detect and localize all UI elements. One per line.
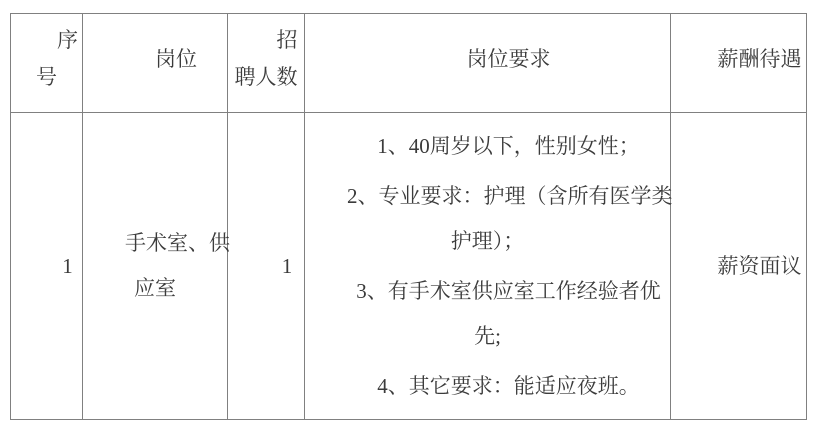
header-cell-salary: 薪酬待遇 <box>671 14 807 113</box>
header-index-line2: 号 <box>11 59 82 96</box>
header-cell-index: 序 号 <box>11 14 83 113</box>
requirement-3-line2: 先; <box>305 314 670 359</box>
recruitment-table: 序 号 岗位 招 聘人数 岗位要求 薪酬待遇 1 手术室、供 应室 <box>10 13 807 420</box>
requirement-item-4: 4、其它要求：能适应夜班。 <box>305 364 670 409</box>
cell-headcount: 1 <box>228 113 305 420</box>
requirement-item-1: 1、40周岁以下，性别女性； <box>305 124 670 169</box>
headcount-value: 1 <box>228 244 304 289</box>
requirement-item-2: 2、专业要求：护理（含所有医学类 护理）； <box>305 174 670 264</box>
cell-position: 手术室、供 应室 <box>83 113 228 420</box>
page: 序 号 岗位 招 聘人数 岗位要求 薪酬待遇 1 手术室、供 应室 <box>0 0 820 429</box>
cell-requirements: 1、40周岁以下，性别女性； 2、专业要求：护理（含所有医学类 护理）； 3、有… <box>305 113 671 420</box>
index-value: 1 <box>11 244 82 289</box>
header-requirements-label: 岗位要求 <box>305 41 670 78</box>
header-position-label: 岗位 <box>83 41 227 78</box>
position-line1: 手术室、供 <box>83 221 227 266</box>
requirement-4-line1: 4、其它要求：能适应夜班。 <box>305 364 670 409</box>
table-row: 1 手术室、供 应室 1 1、40周岁以下，性别女性； 2、专业要求：护理（含所… <box>11 113 807 420</box>
requirement-item-3: 3、有手术室供应室工作经验者优 先; <box>305 269 670 359</box>
salary-value: 薪资面议 <box>671 244 806 289</box>
position-line2: 应室 <box>83 266 227 311</box>
requirement-2-line2: 护理）； <box>305 219 670 264</box>
header-headcount-line2: 聘人数 <box>228 59 304 96</box>
header-salary-label: 薪酬待遇 <box>671 41 806 78</box>
cell-index: 1 <box>11 113 83 420</box>
header-cell-position: 岗位 <box>83 14 228 113</box>
header-headcount-line1: 招 <box>228 22 304 59</box>
header-row: 序 号 岗位 招 聘人数 岗位要求 薪酬待遇 <box>11 14 807 113</box>
cell-salary: 薪资面议 <box>671 113 807 420</box>
header-index-line1: 序 <box>11 22 82 59</box>
requirement-2-line1: 2、专业要求：护理（含所有医学类 <box>305 174 670 219</box>
header-cell-requirements: 岗位要求 <box>305 14 671 113</box>
requirement-1-line1: 1、40周岁以下，性别女性； <box>305 124 670 169</box>
requirement-3-line1: 3、有手术室供应室工作经验者优 <box>305 269 670 314</box>
header-cell-headcount: 招 聘人数 <box>228 14 305 113</box>
